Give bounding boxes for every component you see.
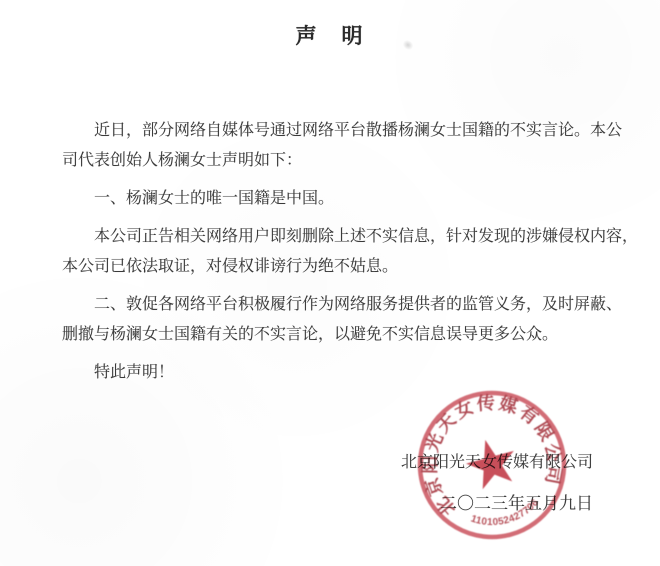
signature-date: 二〇二三年五月九日 — [401, 492, 593, 516]
text-line: 二、敦促各网络平台积极履行作为网络服务提供者的监管义务，及时屏蔽、 — [62, 290, 640, 320]
paragraph-notice: 本公司正告相关网络用户即刻删除上述不实信息，针对发现的涉嫌侵权内容， 本公司已依… — [62, 222, 640, 282]
text-line: 本公司正告相关网络用户即刻删除上述不实信息，针对发现的涉嫌侵权内容， — [62, 222, 640, 252]
text-line: 本公司已依法取证，对侵权诽谤行为绝不姑息。 — [62, 252, 640, 282]
document-body: 近日，部分网络自媒体号通过网络平台散播杨澜女士国籍的不实言论。本公 司代表创始人… — [0, 116, 660, 388]
signature-company-name: 北京阳光天女传媒有限公司 — [401, 451, 593, 475]
paragraph-item-1: 一、杨澜女士的唯一国籍是中国。 — [62, 184, 640, 214]
statement-document: 声 明 近日，部分网络自媒体号通过网络平台散播杨澜女士国籍的不实言论。本公 司代… — [0, 0, 660, 566]
text-line: 近日，部分网络自媒体号通过网络平台散播杨澜女士国籍的不实言论。本公 — [62, 116, 640, 146]
text-line: 特此声明！ — [62, 358, 640, 388]
document-title: 声 明 — [0, 0, 660, 52]
paragraph-intro: 近日，部分网络自媒体号通过网络平台散播杨澜女士国籍的不实言论。本公 司代表创始人… — [62, 116, 640, 176]
text-line: 删撤与杨澜女士国籍有关的不实言论，以避免不实信息误导更多公众。 — [62, 320, 640, 350]
text-line: 司代表创始人杨澜女士声明如下： — [62, 146, 640, 176]
signature-block: 北京阳光天女传媒有限公司 二〇二三年五月九日 — [401, 451, 593, 516]
paragraph-closing: 特此声明！ — [62, 358, 640, 388]
paragraph-item-2: 二、敦促各网络平台积极履行作为网络服务提供者的监管义务，及时屏蔽、 删撤与杨澜女… — [62, 290, 640, 350]
text-line: 一、杨澜女士的唯一国籍是中国。 — [62, 184, 640, 214]
